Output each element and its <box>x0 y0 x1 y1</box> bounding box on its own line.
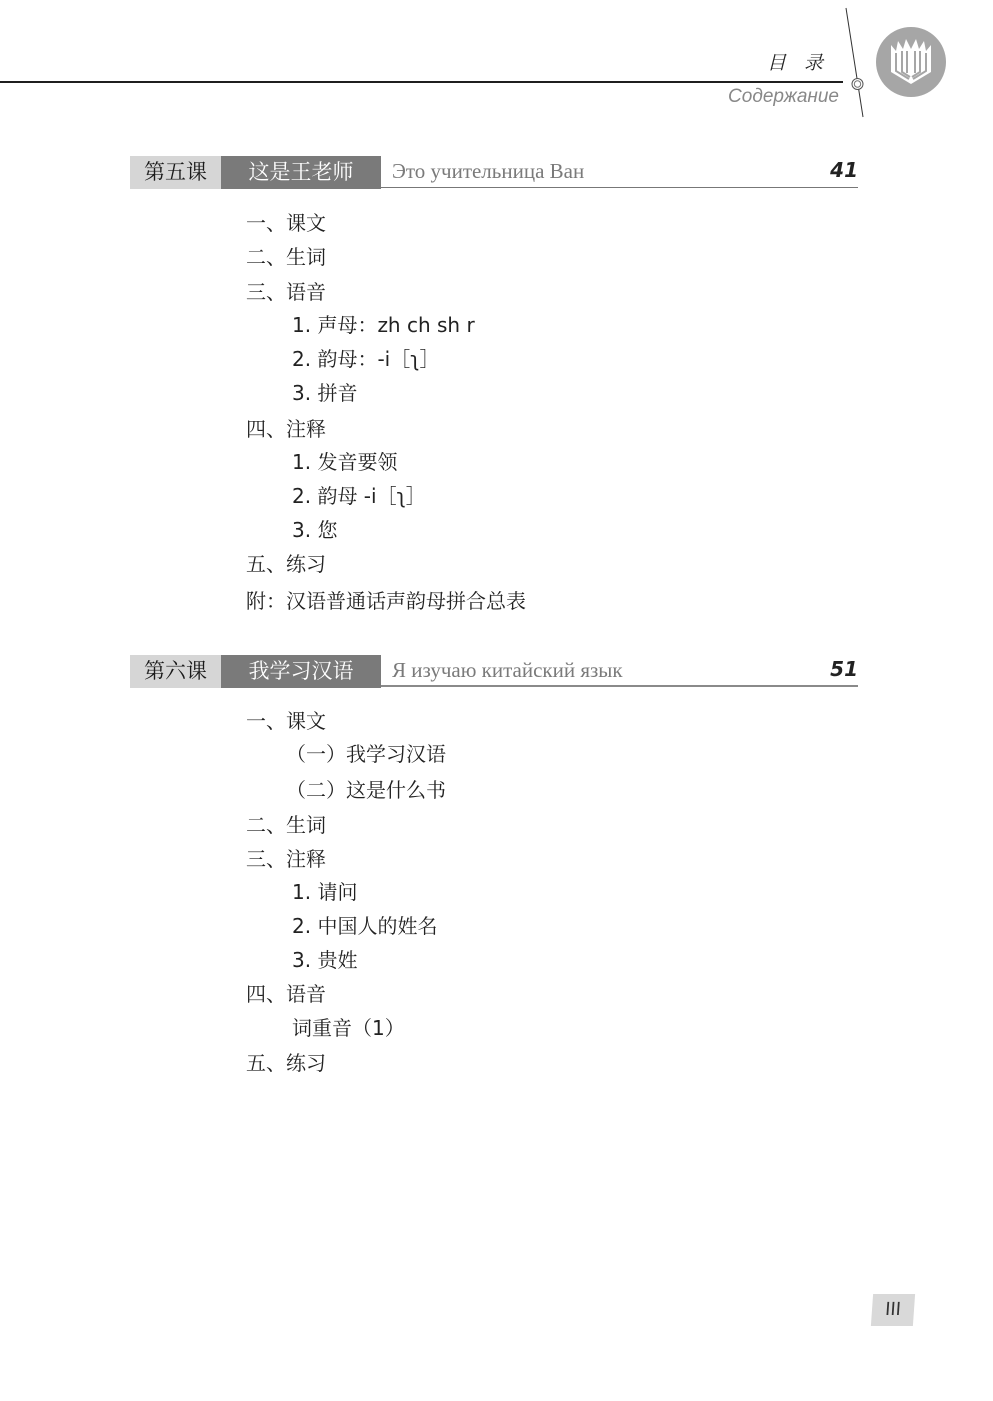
header-rule <box>0 81 843 83</box>
toc-item[interactable]: 三、注释 <box>246 843 326 872</box>
toc-subitem[interactable]: 3. 拼音 <box>292 377 357 406</box>
toc-subitem[interactable]: （一）我学习汉语 <box>286 738 446 767</box>
header-title-ru: Содержание <box>728 86 839 108</box>
lesson-underline <box>381 187 858 188</box>
lesson-number-label: 第六课 <box>130 655 221 688</box>
toc-subitem[interactable]: （二）这是什么书 <box>286 774 446 803</box>
lesson-5-header[interactable]: 第五课 这是王老师 Это учительница Ван 41 <box>130 156 858 189</box>
toc-subitem[interactable]: 2. 韵母：-i［ʅ］ <box>292 343 439 372</box>
toc-item[interactable]: 五、练习 <box>246 1047 326 1076</box>
toc-item[interactable]: 一、课文 <box>246 207 326 236</box>
lesson-page-number: 51 <box>830 657 858 681</box>
lesson-title-ru: Я изучаю китайский язык <box>392 658 623 683</box>
toc-item[interactable]: 附：汉语普通话声韵母拼合总表 <box>246 585 526 614</box>
lesson-title-cn: 这是王老师 <box>221 156 381 189</box>
lesson-6-header[interactable]: 第六课 我学习汉语 Я изучаю китайский язык 51 <box>130 655 858 688</box>
toc-item[interactable]: 二、生词 <box>246 809 326 838</box>
toc-item[interactable]: 一、课文 <box>246 705 326 734</box>
lesson-number-label: 第五课 <box>130 156 221 189</box>
toc-subitem[interactable]: 3. 您 <box>292 514 337 543</box>
toc-subitem[interactable]: 2. 韵母 -i［ʅ］ <box>292 480 426 509</box>
toc-subitem[interactable]: 词重音（1） <box>292 1012 405 1041</box>
toc-subitem[interactable]: 2. 中国人的姓名 <box>292 910 437 939</box>
toc-item[interactable]: 三、语音 <box>246 276 326 305</box>
lesson-underline <box>381 685 858 687</box>
toc-subitem[interactable]: 1. 发音要领 <box>292 446 397 475</box>
toc-item[interactable]: 二、生词 <box>246 241 326 270</box>
decorative-diagonal-line <box>830 0 880 125</box>
toc-subitem[interactable]: 3. 贵姓 <box>292 944 357 973</box>
open-book-icon <box>876 27 946 97</box>
toc-subitem[interactable]: 1. 声母：zh ch sh r <box>292 309 475 338</box>
toc-subitem[interactable]: 1. 请问 <box>292 876 357 905</box>
lesson-title-ru: Это учительница Ван <box>392 159 584 184</box>
page-number-badge: III <box>871 1294 915 1326</box>
toc-item[interactable]: 四、语音 <box>246 978 326 1007</box>
toc-item[interactable]: 四、注释 <box>246 413 326 442</box>
lesson-title-cn: 我学习汉语 <box>221 655 381 688</box>
lesson-page-number: 41 <box>830 158 858 182</box>
toc-item[interactable]: 五、练习 <box>246 548 326 577</box>
